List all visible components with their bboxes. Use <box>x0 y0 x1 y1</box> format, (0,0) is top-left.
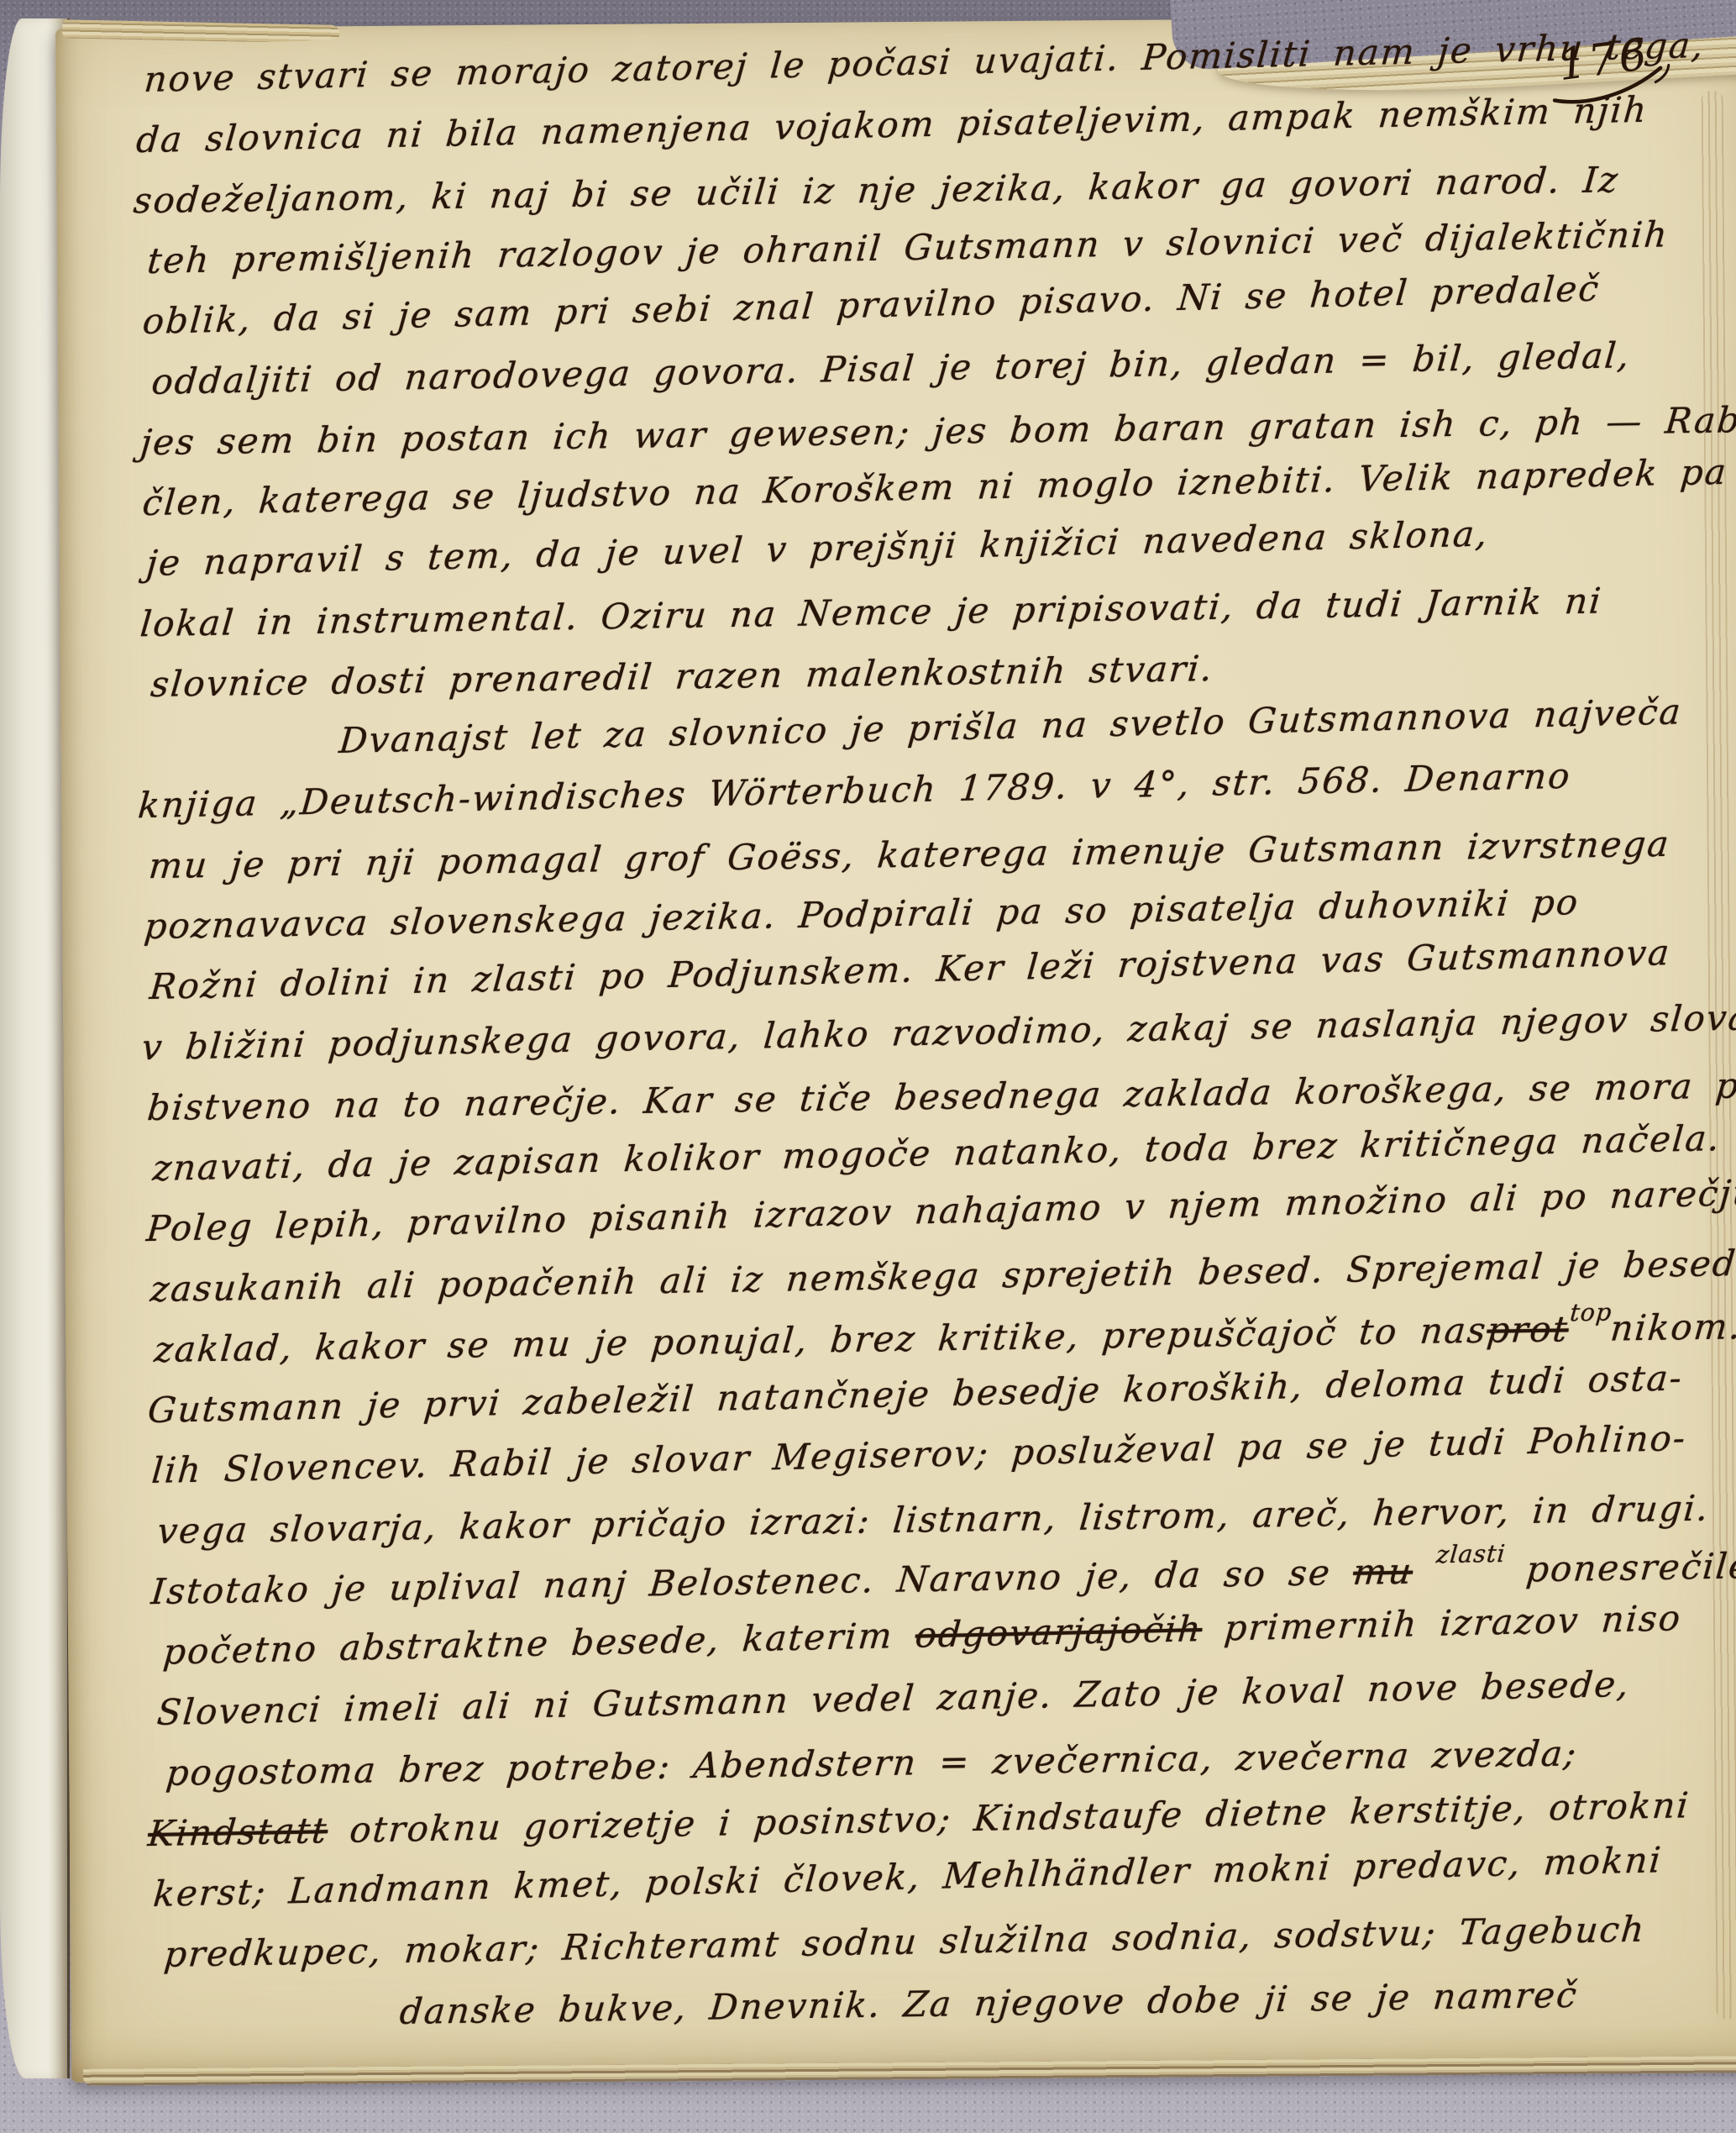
inserted-correction: top <box>1569 1297 1613 1327</box>
manuscript-page: 176 nove stvari se morajo zatorej le poč… <box>55 15 1736 2083</box>
struck-word: odgovarjajočih <box>914 1608 1204 1656</box>
inserted-correction: zlasti <box>1435 1539 1507 1568</box>
page-edge-top-left <box>62 19 339 44</box>
struck-word: Kindstatt <box>146 1810 329 1854</box>
page-stack-edges-bottom <box>83 2056 1736 2086</box>
photograph-of-manuscript: { "page": { "number": "176", "language":… <box>0 0 1736 2133</box>
struck-word: prot <box>1485 1308 1571 1350</box>
handwritten-text: nove stvari se morajo zatorej le počasi … <box>129 37 1736 2046</box>
struck-word: mu <box>1351 1551 1414 1593</box>
